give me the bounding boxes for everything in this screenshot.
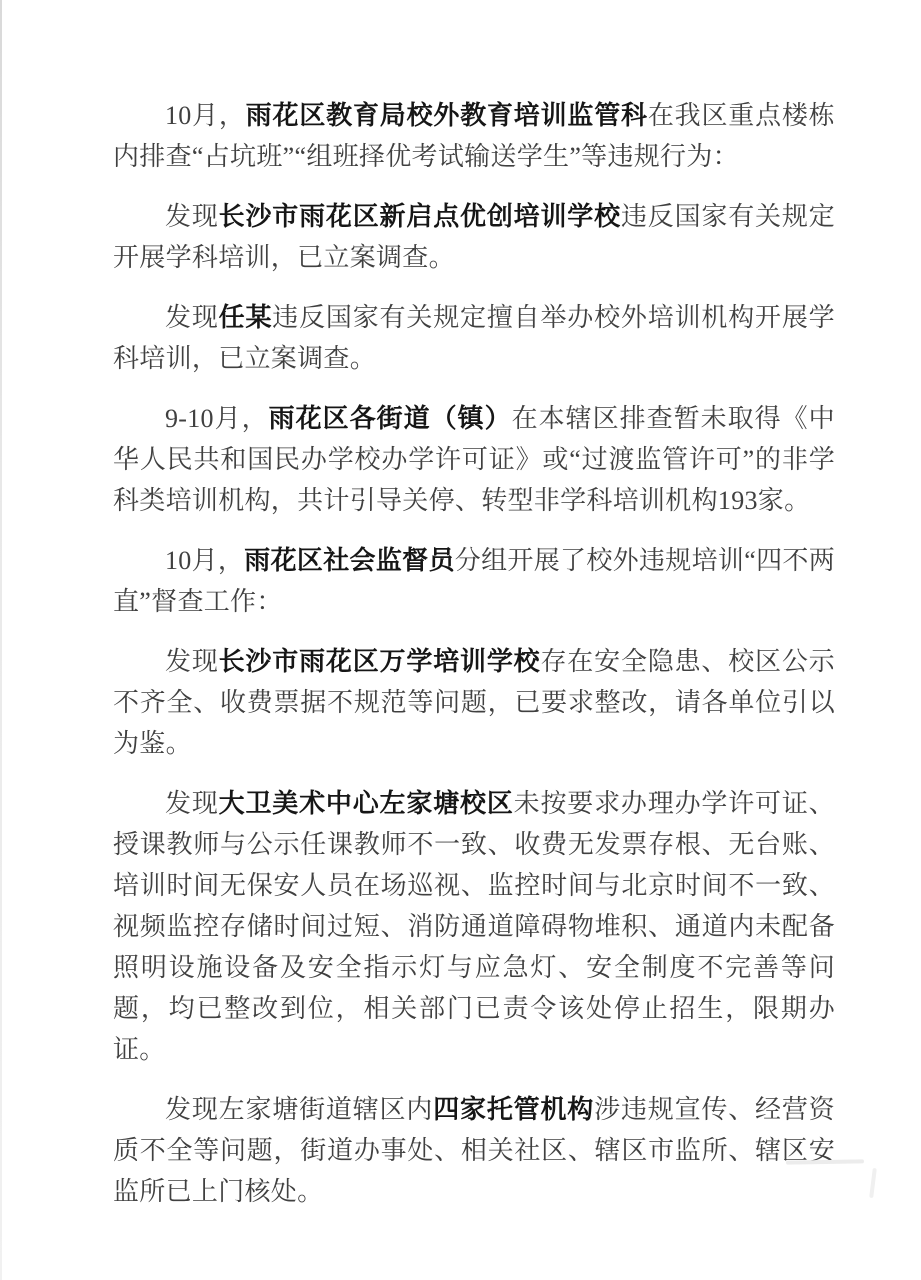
paragraph: 发现左家塘街道辖区内四家托管机构涉违规宣传、经营资质不全等问题，街道办事处、相关…: [113, 1089, 835, 1212]
scan-artifact: [869, 1168, 877, 1198]
bold-text-segment: 大卫美术中心左家塘校区: [219, 789, 514, 818]
bold-text-segment: 四家托管机构: [433, 1095, 594, 1124]
paragraph: 10月，雨花区社会监督员分组开展了校外违规培训“四不两直”督查工作：: [113, 540, 835, 622]
paragraph: 发现大卫美术中心左家塘校区未按要求办理办学许可证、授课教师与公示任课教师不一致、…: [113, 783, 835, 1070]
text-segment: 9-10月，: [165, 404, 269, 433]
bold-text-segment: 长沙市雨花区万学培训学校: [219, 647, 541, 676]
bold-text-segment: 雨花区教育局校外教育培训监管科: [246, 101, 648, 130]
scan-edge-shadow: [0, 0, 2, 1280]
text-segment: 10月，: [165, 546, 244, 575]
paragraph: 9-10月，雨花区各街道（镇）在本辖区排查暂未取得《中华人民共和国民办学校办学许…: [113, 398, 835, 521]
scan-artifact: [786, 1159, 864, 1164]
bold-text-segment: 雨花区社会监督员: [244, 546, 455, 575]
paragraph: 发现任某违反国家有关规定擅自举办校外培训机构开展学科培训，已立案调查。: [113, 297, 835, 379]
text-segment: 10月，: [165, 101, 246, 130]
text-segment: 发现: [165, 202, 219, 231]
text-segment: 发现: [165, 789, 219, 818]
document-body: 10月，雨花区教育局校外教育培训监管科在我区重点楼栋内排查“占坑班”“组班择优考…: [113, 95, 835, 1231]
bold-text-segment: 任某: [219, 303, 273, 332]
bold-text-segment: 长沙市雨花区新启点优创培训学校: [219, 202, 621, 231]
paragraph: 10月，雨花区教育局校外教育培训监管科在我区重点楼栋内排查“占坑班”“组班择优考…: [113, 95, 835, 177]
text-segment: 发现: [165, 303, 219, 332]
text-segment: 未按要求办理办学许可证、授课教师与公示任课教师不一致、收费无发票存根、无台账、培…: [113, 789, 835, 1064]
text-segment: 发现: [165, 647, 219, 676]
bold-text-segment: 雨花区各街道（镇）: [269, 404, 512, 433]
document-page: 10月，雨花区教育局校外教育培训监管科在我区重点楼栋内排查“占坑班”“组班择优考…: [0, 0, 921, 1280]
paragraph: 发现长沙市雨花区万学培训学校存在安全隐患、校区公示不齐全、收费票据不规范等问题，…: [113, 641, 835, 764]
text-segment: 发现左家塘街道辖区内: [165, 1095, 433, 1124]
paragraph: 发现长沙市雨花区新启点优创培训学校违反国家有关规定开展学科培训，已立案调查。: [113, 196, 835, 278]
